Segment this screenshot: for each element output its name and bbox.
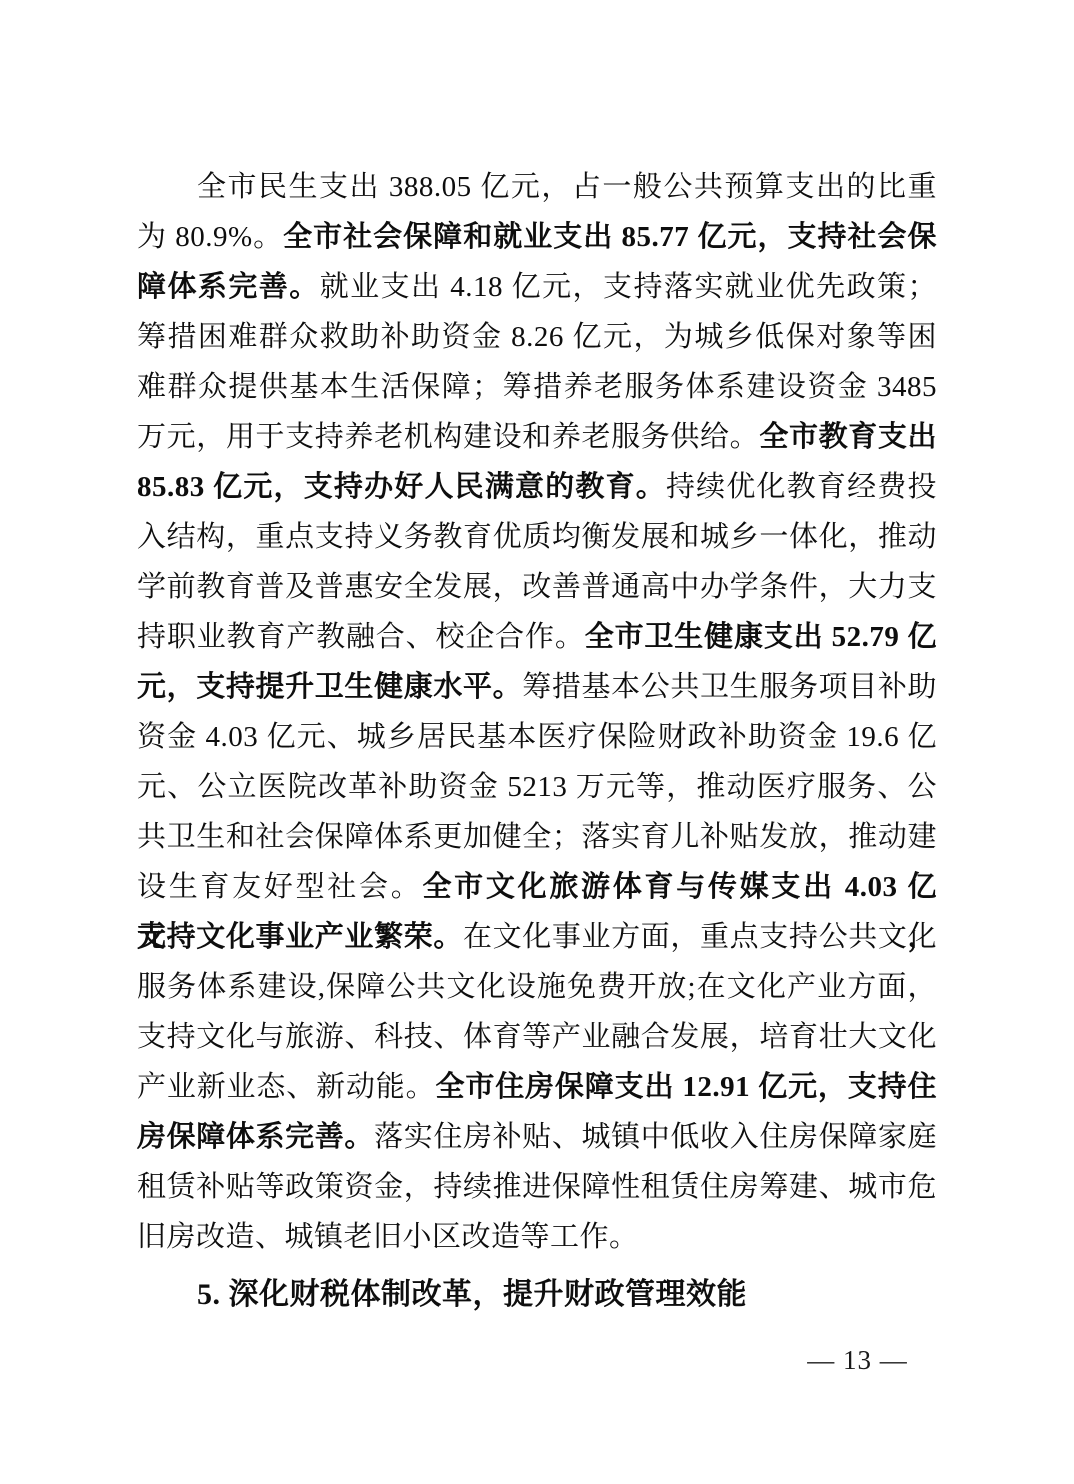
paragraph-line: 租赁补贴等政策资金，持续推进保障性租赁住房筹建、城市危 xyxy=(137,1162,937,1212)
text-segment: 元、公立医院改革补助资金 5213 万元等，推动医疗服务、公 xyxy=(137,771,937,803)
text-segment: 资金 4.03 亿元、城乡居民基本医疗保险财政补助资金 19.6 亿 xyxy=(137,721,937,753)
text-segment: 难群众提供基本生活保障；筹措养老服务体系建设资金 3485 xyxy=(137,371,937,403)
paragraph-line: 房保障体系完善。落实住房补贴、城镇中低收入住房保障家庭 xyxy=(137,1112,937,1162)
text-segment: 为 80.9%。 xyxy=(137,221,283,253)
bold-text-segment: 支持文化事业产业繁荣。 xyxy=(137,921,463,953)
paragraph-line: 元，支持提升卫生健康水平。筹措基本公共卫生服务项目补助 xyxy=(137,662,937,712)
text-segment: 筹措困难群众救助补助资金 8.26 亿元，为城乡低保对象等困 xyxy=(137,321,937,353)
text-segment: 旧房改造、城镇老旧小区改造等工作。 xyxy=(137,1221,639,1253)
text-segment: 全市民生支出 388.05 亿元，占一般公共预算支出的比重 xyxy=(197,171,937,203)
text-segment: 设生育友好型社会。 xyxy=(137,871,422,903)
bold-text-segment: 85.83 亿元，支持办好人民满意的教育。 xyxy=(137,471,666,503)
paragraph-line: 服务体系建设,保障公共文化设施免费开放;在文化产业方面， xyxy=(137,962,937,1012)
paragraph-line: 产业新业态、新动能。全市住房保障支出 12.91 亿元，支持住 xyxy=(137,1062,937,1112)
bold-text-segment: 全市教育支出 xyxy=(759,421,937,453)
text-segment: 支持文化与旅游、科技、体育等产业融合发展，培育壮大文化 xyxy=(137,1021,937,1053)
paragraph-line: 全市民生支出 388.05 亿元，占一般公共预算支出的比重 xyxy=(137,162,937,212)
text-segment: 租赁补贴等政策资金，持续推进保障性租赁住房筹建、城市危 xyxy=(137,1171,937,1203)
paragraph-line: 资金 4.03 亿元、城乡居民基本医疗保险财政补助资金 19.6 亿 xyxy=(137,712,937,762)
bold-text-segment: 障体系完善。 xyxy=(137,271,320,303)
paragraph-line: 难群众提供基本生活保障；筹措养老服务体系建设资金 3485 xyxy=(137,362,937,412)
paragraph-line: 入结构，重点支持义务教育优质均衡发展和城乡一体化，推动 xyxy=(137,512,937,562)
paragraph-line: 共卫生和社会保障体系更加健全；落实育儿补贴发放，推动建 xyxy=(137,812,937,862)
text-segment: 就业支出 4.18 亿元，支持落实就业优先政策； xyxy=(320,271,937,303)
document-page: 全市民生支出 388.05 亿元，占一般公共预算支出的比重为 80.9%。全市社… xyxy=(0,0,1074,1484)
paragraph-line: 持职业教育产教融合、校企合作。全市卫生健康支出 52.79 亿 xyxy=(137,612,937,662)
paragraph-line: 旧房改造、城镇老旧小区改造等工作。 xyxy=(137,1212,937,1262)
text-segment: 服务体系建设,保障公共文化设施免费开放;在文化产业方面， xyxy=(137,971,937,1003)
text-segment: 在文化事业方面，重点支持公共文化 xyxy=(463,921,937,953)
text-segment: 共卫生和社会保障体系更加健全；落实育儿补贴发放，推动建 xyxy=(137,821,937,853)
text-segment: 万元，用于支持养老机构建设和养老服务供给。 xyxy=(137,421,759,453)
paragraph-line: 支持文化事业产业繁荣。在文化事业方面，重点支持公共文化 xyxy=(137,912,937,962)
text-segment: 落实住房补贴、城镇中低收入住房保障家庭 xyxy=(374,1121,937,1153)
paragraph-line: 设生育友好型社会。全市文化旅游体育与传媒支出 4.03 亿元， xyxy=(137,862,937,912)
bold-text-segment: 全市社会保障和就业支出 85.77 亿元，支持社会保 xyxy=(283,221,937,253)
paragraph-line: 85.83 亿元，支持办好人民满意的教育。持续优化教育经费投 xyxy=(137,462,937,512)
section-heading: 5. 深化财税体制改革，提升财政管理效能 xyxy=(137,1270,937,1320)
paragraph-line: 为 80.9%。全市社会保障和就业支出 85.77 亿元，支持社会保 xyxy=(137,212,937,262)
paragraph-line: 元、公立医院改革补助资金 5213 万元等，推动医疗服务、公 xyxy=(137,762,937,812)
paragraph-line: 障体系完善。就业支出 4.18 亿元，支持落实就业优先政策； xyxy=(137,262,937,312)
bold-text-segment: 全市卫生健康支出 52.79 亿 xyxy=(585,621,937,653)
paragraph-line: 支持文化与旅游、科技、体育等产业融合发展，培育壮大文化 xyxy=(137,1012,937,1062)
text-segment: 持职业教育产教融合、校企合作。 xyxy=(137,621,585,653)
paragraph: 全市民生支出 388.05 亿元，占一般公共预算支出的比重为 80.9%。全市社… xyxy=(137,162,937,1262)
bold-text-segment: 房保障体系完善。 xyxy=(137,1121,374,1153)
text-segment: 筹措基本公共卫生服务项目补助 xyxy=(522,671,937,703)
body-text: 全市民生支出 388.05 亿元，占一般公共预算支出的比重为 80.9%。全市社… xyxy=(137,162,937,1320)
page-number-footer: — 13 — xyxy=(800,1344,915,1376)
text-segment: 产业新业态、新动能。 xyxy=(137,1071,436,1103)
paragraph-line: 筹措困难群众救助补助资金 8.26 亿元，为城乡低保对象等困 xyxy=(137,312,937,362)
text-segment: 持续优化教育经费投 xyxy=(666,471,937,503)
text-segment: 学前教育普及普惠安全发展，改善普通高中办学条件，大力支 xyxy=(137,571,937,603)
bold-text-segment: 全市住房保障支出 12.91 亿元，支持住 xyxy=(436,1071,937,1103)
text-segment: 入结构，重点支持义务教育优质均衡发展和城乡一体化，推动 xyxy=(137,521,937,553)
bold-text-segment: 元，支持提升卫生健康水平。 xyxy=(137,671,522,703)
paragraph-line: 万元，用于支持养老机构建设和养老服务供给。全市教育支出 xyxy=(137,412,937,462)
paragraph-line: 学前教育普及普惠安全发展，改善普通高中办学条件，大力支 xyxy=(137,562,937,612)
